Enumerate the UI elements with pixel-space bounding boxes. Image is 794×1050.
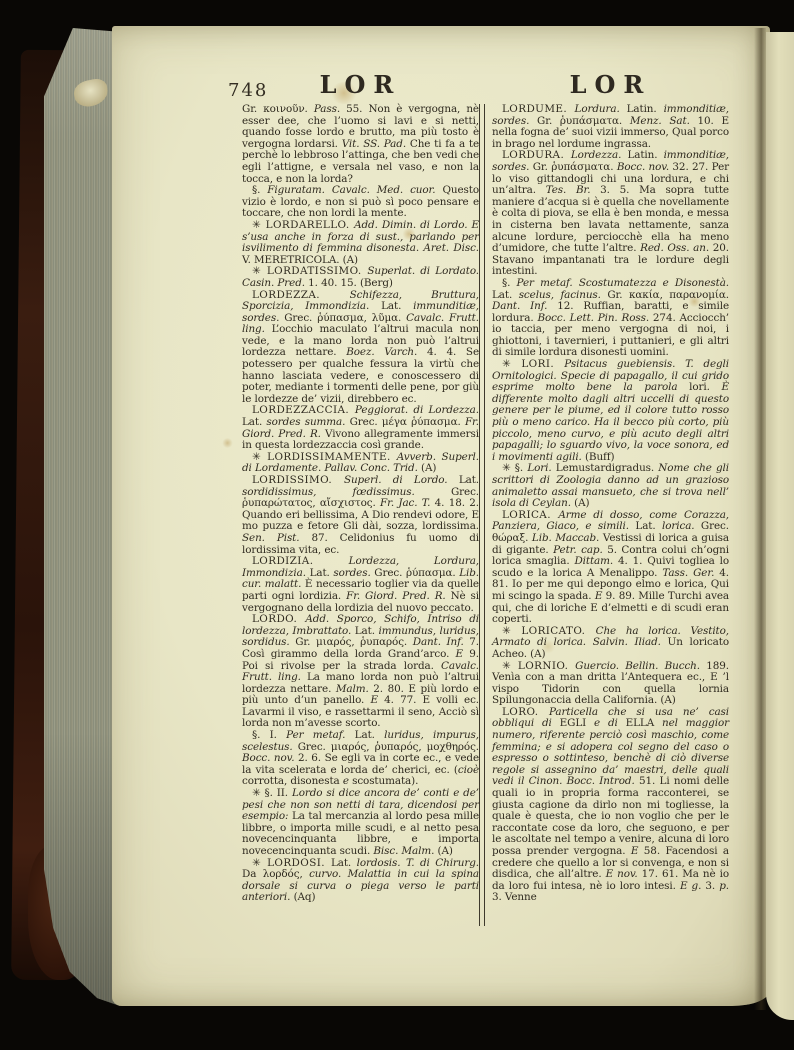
dictionary-paragraph: Gr. κοινοῦν. Pass. 55. Non è vergogna, n…	[242, 104, 479, 185]
dictionary-paragraph: ✳ §. Lori. Lemustardigradus. Nome che gl…	[492, 463, 729, 509]
dictionary-paragraph: LORDISSIMO. Superl. di Lordo. Lat. sordi…	[242, 475, 479, 556]
right-column: LORDUME. Lordura. Latin. immonditiæ, sor…	[492, 104, 729, 904]
dictionary-paragraph: §. I. Per metaf. Lat. luridus, impurus, …	[242, 730, 479, 788]
dictionary-paragraph: ✳ LORDISSIMAMENTE. Avverb. Superl. di Lo…	[242, 452, 479, 475]
column-divider-rule	[479, 104, 485, 926]
book-scan: 748 LOR LOR Gr. κοινοῦν. Pass. 55. Non è…	[0, 0, 794, 1050]
dictionary-paragraph: LORDURA. Lordezza. Latin. immonditiæ, so…	[492, 150, 729, 278]
running-title-right: LOR	[492, 70, 729, 99]
dictionary-paragraph: ✳ LORDATISSIMO. Superlat. di Lordato. Ca…	[242, 266, 479, 289]
dictionary-paragraph: ✳ LORDOSI. Lat. lordosis. T. di Chirurg.…	[242, 858, 479, 904]
dictionary-paragraph: §. Per metaf. Scostumatezza e Disonestà.…	[492, 278, 729, 359]
dictionary-paragraph: LORICA. Arme di dosso, come Corazza, Pan…	[492, 510, 729, 626]
dictionary-paragraph: ✳ LORNIO. Guercio. Bellin. Bucch. 189. V…	[492, 661, 729, 707]
dictionary-paragraph: LORDUME. Lordura. Latin. immonditiæ, sor…	[492, 104, 729, 150]
dictionary-paragraph: LORDEZZACCIA. Peggiorat. di Lordezza. La…	[242, 405, 479, 451]
dictionary-paragraph: ✳ LORI. Psitacus guebiensis. T. degli Or…	[492, 359, 729, 463]
dictionary-paragraph: LORDIZIA. Lordezza, Lordura, Immondizia.…	[242, 556, 479, 614]
dictionary-paragraph: ✳ LORICATO. Che ha lorica. Vestito, Arma…	[492, 626, 729, 661]
dictionary-paragraph: LORDO. Add. Sporco, Schifo, Intriso di l…	[242, 614, 479, 730]
gutter-crease	[754, 28, 766, 1010]
dictionary-paragraph: ✳ LORDARELLO. Add. Dimin. di Lordo. E s’…	[242, 220, 479, 266]
dictionary-paragraph: LORO. Particella che si usa ne’ casi obb…	[492, 707, 729, 904]
left-column: Gr. κοινοῦν. Pass. 55. Non è vergogna, n…	[242, 104, 479, 904]
page-fore-edges	[44, 28, 120, 1006]
dictionary-paragraph: LORDEZZA. Schifezza, Bruttura, Sporcizia…	[242, 290, 479, 406]
running-title-left: LOR	[242, 70, 479, 99]
dictionary-paragraph: §. Figuratam. Cavalc. Med. cuor. Questo …	[242, 185, 479, 220]
dictionary-paragraph: ✳ §. II. Lordo si dice ancora de’ conti …	[242, 788, 479, 858]
facing-page-edge	[766, 32, 794, 1020]
